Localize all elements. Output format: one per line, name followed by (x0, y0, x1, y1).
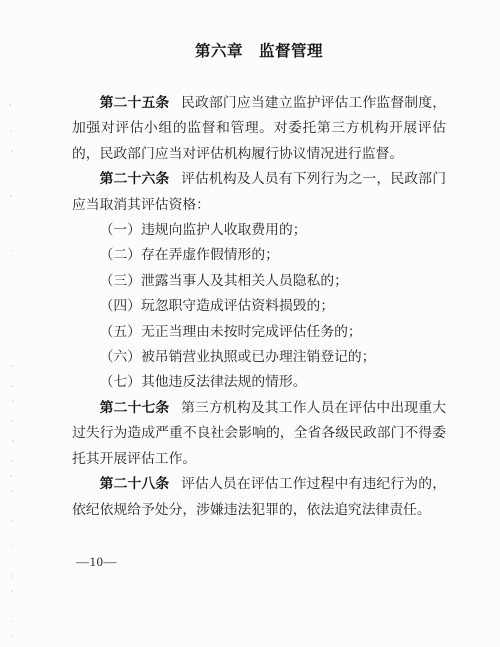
article-28: 第二十八条评估人员在评估工作过程中有违纪行为的，依纪依规给予处分，涉嫌违法犯罪的… (72, 471, 446, 522)
article-25-number: 第二十五条 (100, 95, 170, 110)
article-26-item-6: （六）被吊销营业执照或已办理注销登记的； (72, 344, 446, 369)
article-27-number: 第二十七条 (100, 400, 170, 415)
article-28-number: 第二十八条 (100, 476, 170, 491)
article-26-item-5: （五）无正当理由未按时完成评估任务的； (72, 319, 446, 344)
scan-noise-specks (9, 104, 11, 106)
article-26-number: 第二十六条 (100, 171, 170, 186)
article-26-item-4: （四）玩忽职守造成评估资料损毁的； (72, 293, 446, 318)
article-27: 第二十七条第三方机构及其工作人员在评估中出现重大过失行为造成严重不良社会影响的，… (72, 395, 446, 471)
article-26: 第二十六条评估机构及人员有下列行为之一，民政部门应当取消其评估资格： (72, 166, 446, 217)
page-number: —10— (76, 553, 117, 571)
article-26-item-2: （二）存在弄虚作假情形的； (72, 242, 446, 267)
article-26-item-1: （一）违规向监护人收取费用的； (72, 217, 446, 242)
article-25: 第二十五条民政部门应当建立监护评估工作监督制度，加强对评估小组的监督和管理。对委… (72, 90, 446, 166)
scanned-document-page: 第六章 监督管理 第二十五条民政部门应当建立监护评估工作监督制度，加强对评估小组… (0, 0, 500, 647)
article-26-item-3: （三）泄露当事人及其相关人员隐私的； (72, 268, 446, 293)
chapter-title: 第六章 监督管理 (72, 42, 446, 62)
document-body: 第二十五条民政部门应当建立监护评估工作监督制度，加强对评估小组的监督和管理。对委… (72, 90, 446, 522)
article-26-item-7: （七）其他违反法律法规的情形。 (72, 369, 446, 394)
